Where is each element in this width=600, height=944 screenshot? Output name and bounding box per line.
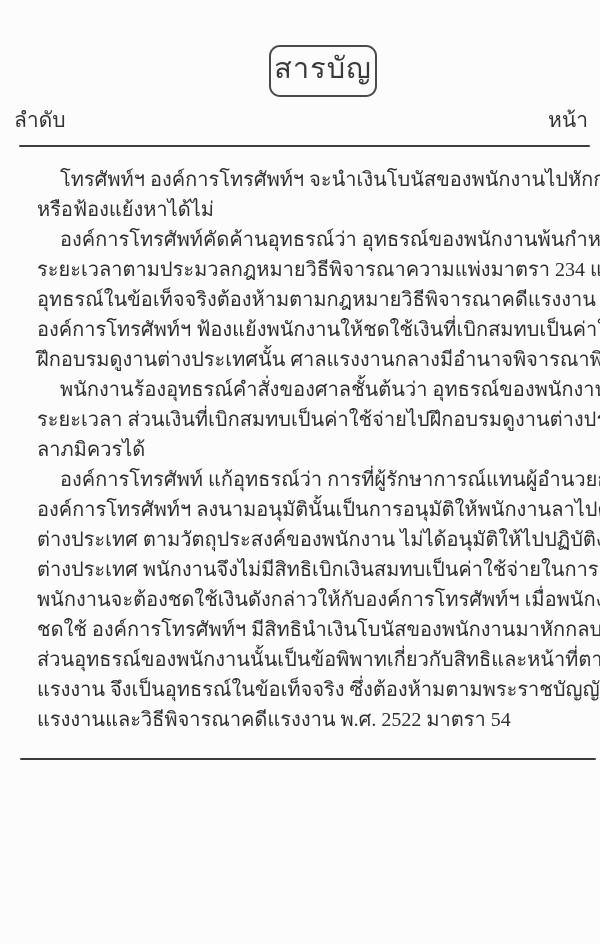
text-line: ลาภมิควรได้ [37,435,578,465]
text-line: องค์การโทรศัพท์คัดค้านอุทธรณ์ว่า อุทธรณ์… [37,225,578,255]
text-line: อุทธรณ์ในข้อเท็จจริงต้องห้ามตามกฎหมายวิธ… [37,285,578,315]
text-line: องค์การโทรศัพท์ฯ ฟ้องแย้งพนักงานให้ชดใช้… [37,315,578,345]
page-title: สารบัญ [274,55,372,88]
text-line: ชดใช้ องค์การโทรศัพท์ฯ มีสิทธินำเงินโบนั… [37,615,578,645]
text-line: หรือฟ้องแย้งหาได้ไม่ [37,195,578,225]
text-line: องค์การโทรศัพท์ แก้อุทธรณ์ว่า การที่ผู้ร… [37,465,578,495]
text-line: ต่างประเทศ พนักงานจึงไม่มีสิทธิเบิกเงินส… [37,555,578,585]
text-line: พนักงานจะต้องชดใช้เงินดังกล่าวให้กับองค์… [37,585,578,615]
text-line: โทรศัพท์ฯ องค์การโทรศัพท์ฯ จะนำเงินโบนัส… [37,165,578,195]
header-rule [19,145,590,147]
text-line: ส่วนอุทธรณ์ของพนักงานนั้นเป็นข้อพิพาทเกี… [37,645,578,675]
column-header-page: หน้า [548,104,588,137]
toc-title-box: สารบัญ [269,45,377,97]
text-line: แรงงาน จึงเป็นอุทธรณ์ในข้อเท็จจริง ซึ่งต… [37,675,578,705]
text-line: องค์การโทรศัพท์ฯ ลงนามอนุมัตินั้นเป็นการ… [37,495,578,525]
document-body: โทรศัพท์ฯ องค์การโทรศัพท์ฯ จะนำเงินโบนัส… [37,165,578,735]
document-page: สารบัญ ลำดับ หน้า โทรศัพท์ฯ องค์การโทรศั… [0,0,600,944]
column-header-row: ลำดับ หน้า [0,104,600,137]
text-line: พนักงานร้องอุทธรณ์คำสั่งของศาลชั้นต้นว่า… [37,375,578,405]
text-line: ต่างประเทศ ตามวัตถุประสงค์ของพนักงาน ไม่… [37,525,578,555]
text-line: ระยะเวลา ส่วนเงินที่เบิกสมทบเป็นค่าใช้จ่… [37,405,578,435]
column-header-order: ลำดับ [14,104,66,137]
text-line: แรงงานและวิธีพิจารณาคดีแรงงาน พ.ศ. 2522 … [37,705,578,735]
text-line: ระยะเวลาตามประมวลกฎหมายวิธีพิจารณาความแพ… [37,255,578,285]
footer-rule [20,758,596,760]
text-line: ฝึกอบรมดูงานต่างประเทศนั้น ศาลแรงงานกลาง… [37,345,578,375]
